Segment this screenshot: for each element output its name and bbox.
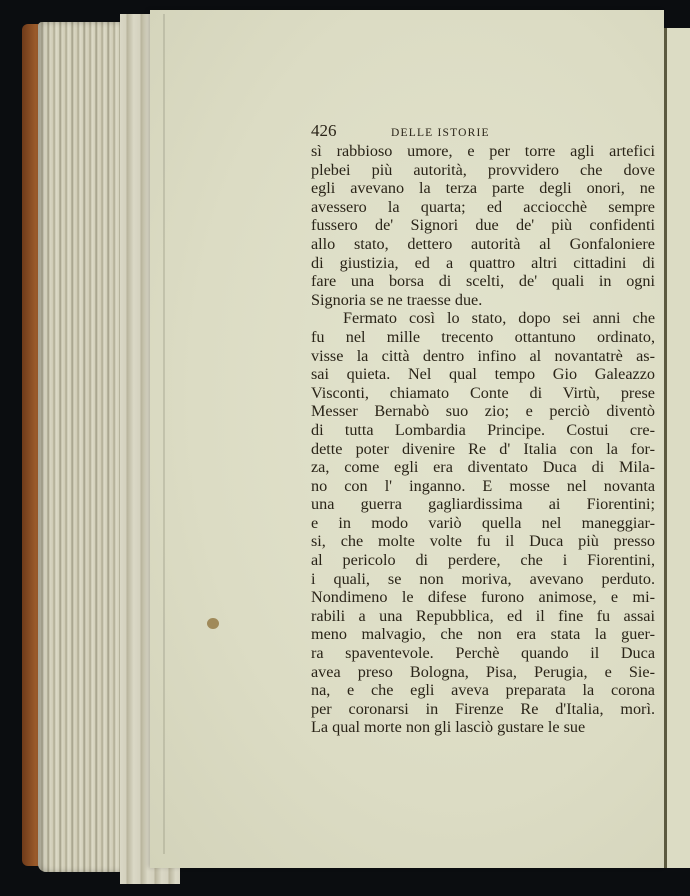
- text-line: fare una borsa di scelti, de' quali in o…: [311, 272, 655, 291]
- text-line: Messer Bernabò suo zio; e perciò diventò: [311, 402, 655, 421]
- text-line: avea preso Bologna, Pisa, Perugia, e Sie…: [311, 663, 655, 682]
- text-line: Nondimeno le difese furono animose, e mi…: [311, 588, 655, 607]
- text-line: visse la città dentro infino al novantat…: [311, 347, 655, 366]
- text-line: per coronarsi in Firenze Re d'Italia, mo…: [311, 700, 655, 719]
- page-header: 426 DELLE ISTORIE: [311, 122, 655, 142]
- running-head: DELLE ISTORIE: [391, 124, 490, 143]
- paper-stain: [207, 618, 219, 629]
- text-line: si, che molte volte fu il Duca più press…: [311, 532, 655, 551]
- text-line: no con l' inganno. E mosse nel novanta: [311, 477, 655, 496]
- text-line: sì rabbioso umore, e per torre agli arte…: [311, 142, 655, 161]
- text-line: egli avevano la terza parte degli onori,…: [311, 179, 655, 198]
- text-line: rabili a una Repubblica, ed il fine fu a…: [311, 607, 655, 626]
- text-line: una guerra gagliardissima ai Fiorentini;: [311, 495, 655, 514]
- text-line: al pericolo di perdere, che i Fiorentini…: [311, 551, 655, 570]
- text-line: fu nel mille trecento ottantuno ordinato…: [311, 328, 655, 347]
- book-scan: 426 DELLE ISTORIE sì rabbioso umore, e p…: [0, 0, 690, 896]
- text-line: plebei più autorità, provvidero che dove: [311, 161, 655, 180]
- text-line: e in modo variò quella nel maneggiar-: [311, 514, 655, 533]
- text-line: fussero de' Signori due de' più confiden…: [311, 216, 655, 235]
- text-line: avessero la quarta; ed acciocchè sempre: [311, 198, 655, 217]
- text-line: dette poter divenire Re d' Italia con la…: [311, 440, 655, 459]
- text-line: za, come egli era diventato Duca di Mila…: [311, 458, 655, 477]
- text-line: meno malvagio, che non era stata la guer…: [311, 625, 655, 644]
- text-line: ra spaventevole. Perchè quando il Duca: [311, 644, 655, 663]
- text-line: La qual morte non gli lasciò gustare le …: [311, 718, 655, 737]
- paragraph: Fermato così lo stato, dopo sei anni che…: [311, 309, 655, 737]
- text-line: di giustizia, ed a quattro altri cittadi…: [311, 254, 655, 273]
- text-line: Visconti, chiamato Conte di Virtù, prese: [311, 384, 655, 403]
- page-fold-line: [163, 14, 165, 854]
- text-line: Fermato così lo stato, dopo sei anni che: [311, 309, 655, 328]
- facing-page-edge: [667, 28, 690, 868]
- paragraph: sì rabbioso umore, e per torre agli arte…: [311, 142, 655, 309]
- body-text: sì rabbioso umore, e per torre agli arte…: [311, 142, 655, 737]
- text-line: Signoria se ne traesse due.: [311, 291, 655, 310]
- text-line: i quali, se non moriva, avevano perduto.: [311, 570, 655, 589]
- page-number: 426: [311, 122, 391, 141]
- text-line: sai quieta. Nel qual tempo Gio Galeazzo: [311, 365, 655, 384]
- page-text: 426 DELLE ISTORIE sì rabbioso umore, e p…: [311, 122, 655, 737]
- text-line: allo stato, dettero autorità al Gonfalon…: [311, 235, 655, 254]
- text-line: di tutta Lombardia Principe. Costui cre-: [311, 421, 655, 440]
- text-line: na, e che egli aveva preparata la corona: [311, 681, 655, 700]
